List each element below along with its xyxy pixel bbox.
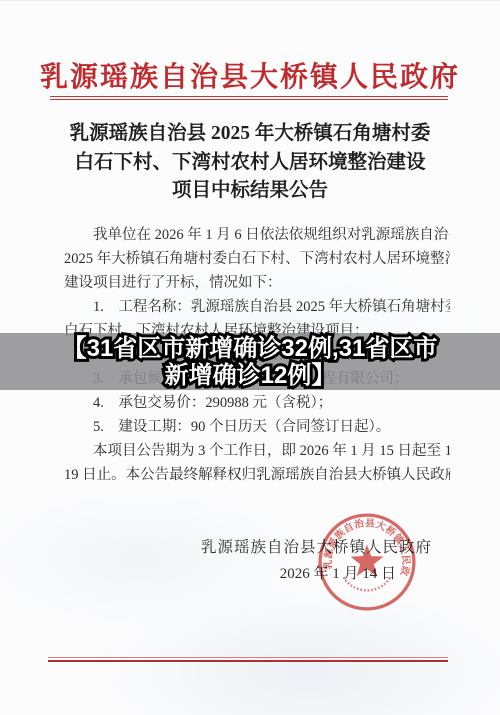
body-line: 19 日止。本公告最终解释权归乳源瑶族自治县大桥镇人民政府。 [64, 463, 450, 487]
scanned-document-page: 乳源瑶族自治县大桥镇人民政府 乳源瑶族自治县 2025 年大桥镇石角塘村委 白石… [0, 0, 500, 715]
body-line: 4. 承包交易价：290988 元（含税）； [64, 391, 450, 415]
caption-line: 新增确诊12例】 新增确诊12例】 [0, 362, 500, 389]
body-line: 5. 建设工期：90 个日历天（合同签订日起）。 [64, 415, 450, 439]
footer-divider [48, 657, 448, 662]
caption-text: 新增确诊12例】 [165, 362, 336, 389]
body-line: 2025 年大桥镇石角塘村委白石下村、下湾村农村人居环境整治 [64, 247, 450, 271]
caption-text: 【31省区市新增确诊32例,31省区市 [63, 335, 438, 362]
seal-serial-microtext [344, 577, 391, 590]
body-line: 1. 工程名称：乳源瑶族自治县 2025 年大桥镇石角塘村委 [64, 295, 450, 319]
letterhead-title: 乳源瑶族自治县大桥镇人民政府 [0, 55, 500, 95]
official-seal-stamp: 乳源瑶族自治县大桥镇人民政府 [316, 511, 418, 613]
body-line: 本项目公告期为 3 个工作日，即 2026 年 1 月 15 日起至 1 月 [64, 439, 450, 463]
document-title-line: 项目中标结果公告 [0, 177, 500, 206]
body-line: 建设项目进行了开标，情况如下： [64, 271, 450, 295]
document-title: 乳源瑶族自治县 2025 年大桥镇石角塘村委 白石下村、下湾村农村人居环境整治建… [0, 120, 500, 206]
letterhead-divider [50, 96, 448, 100]
news-caption-overlay: 【31省区市新增确诊32例,31省区市 【31省区市新增确诊32例,31省区市 … [0, 333, 500, 390]
seal-star-icon [350, 545, 383, 576]
body-line: 我单位在 2026 年 1 月 6 日依法依规组织对乳源瑶族自治县 [64, 223, 450, 247]
caption-line: 【31省区市新增确诊32例,31省区市 【31省区市新增确诊32例,31省区市 [0, 335, 500, 362]
document-title-line: 乳源瑶族自治县 2025 年大桥镇石角塘村委 [0, 120, 500, 149]
document-title-line: 白石下村、下湾村农村人居环境整治建设 [0, 149, 500, 178]
